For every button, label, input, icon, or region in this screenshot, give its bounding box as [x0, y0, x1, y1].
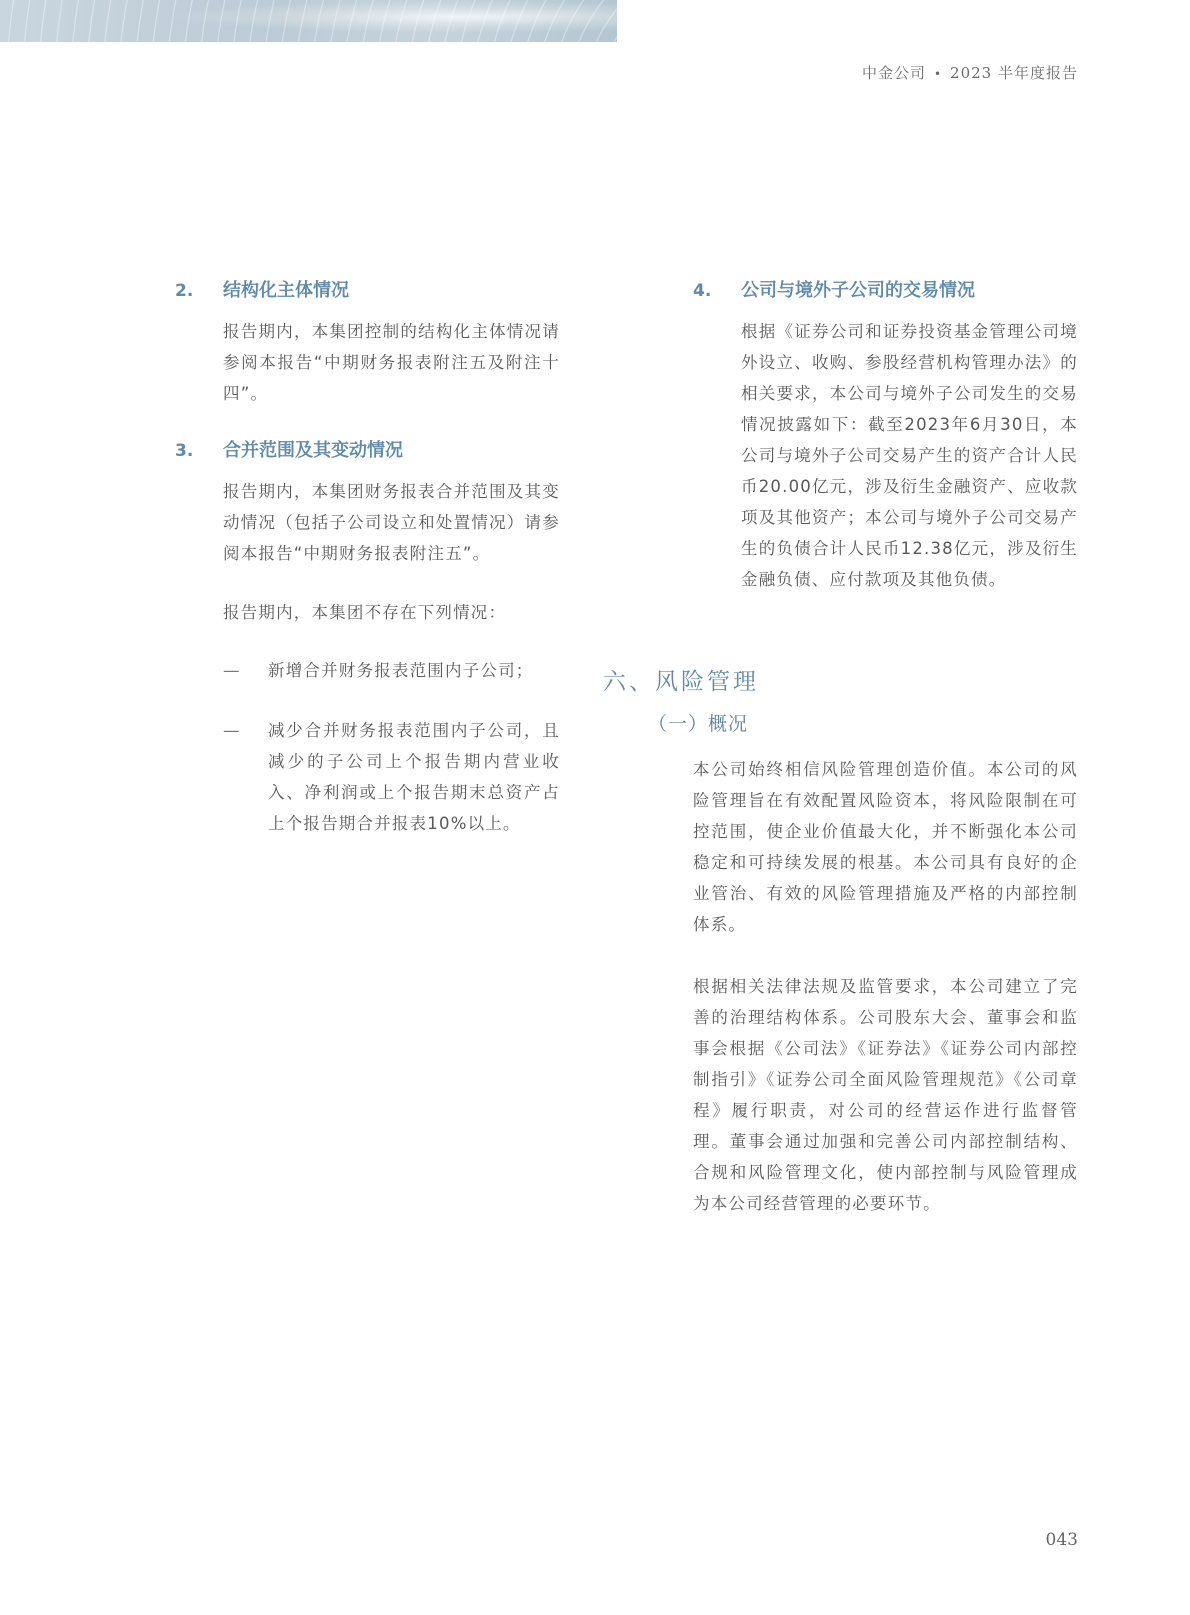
list-item: — 减少合并财务报表范围内子公司，且减少的子公司上个报告期内营业收入、净利润或上… — [175, 715, 560, 839]
dash-bullet-icon: — — [223, 655, 268, 686]
dash-bullet-icon: — — [223, 715, 268, 839]
section-number: 3. — [175, 441, 223, 461]
section-4: 4. 公司与境外子公司的交易情况 根据《证券公司和证券投资基金管理公司境外设立、… — [693, 276, 1078, 595]
section-3-body: 报告期内，本集团财务报表合并范围及其变动情况（包括子公司设立和处置情况）请参阅本… — [175, 476, 560, 569]
page-number: 043 — [1046, 1530, 1078, 1550]
running-header: 中金公司•2023 半年度报告 — [862, 62, 1078, 83]
risk-paragraph-1: 本公司始终相信风险管理创造价值。本公司的风险管理旨在有效配置风险资本，将风险限制… — [693, 754, 1078, 940]
separator-dot: • — [934, 67, 942, 81]
right-column: 4. 公司与境外子公司的交易情况 根据《证券公司和证券投资基金管理公司境外设立、… — [693, 276, 1078, 595]
section-2-heading: 2. 结构化主体情况 — [175, 276, 560, 302]
section-3-heading: 3. 合并范围及其变动情况 — [175, 436, 560, 462]
section-3-intro: 报告期内，本集团不存在下列情况： — [175, 597, 560, 628]
section-4-body: 根据《证券公司和证券投资基金管理公司境外设立、收购、参股经营机构管理办法》的相关… — [693, 316, 1078, 595]
company-name: 中金公司 — [862, 64, 926, 82]
risk-paragraph-2: 根据相关法律法规及监管要求，本公司建立了完善的治理结构体系。公司股东大会、董事会… — [693, 971, 1078, 1219]
section-title: 公司与境外子公司的交易情况 — [741, 276, 975, 302]
risk-management-body: 本公司始终相信风险管理创造价值。本公司的风险管理旨在有效配置风险资本，将风险限制… — [693, 754, 1078, 1219]
overview-subheading: （一）概况 — [648, 709, 748, 736]
left-column: 2. 结构化主体情况 报告期内，本集团控制的结构化主体情况请参阅本报告“中期财务… — [175, 276, 560, 839]
decorative-header-banner — [0, 0, 617, 42]
section-title: 结构化主体情况 — [223, 276, 349, 302]
section-2: 2. 结构化主体情况 报告期内，本集团控制的结构化主体情况请参阅本报告“中期财务… — [175, 276, 560, 409]
section-title: 合并范围及其变动情况 — [223, 436, 403, 462]
list-item: — 新增合并财务报表范围内子公司； — [175, 655, 560, 686]
list-item-text: 新增合并财务报表范围内子公司； — [268, 655, 560, 686]
list-item-text: 减少合并财务报表范围内子公司，且减少的子公司上个报告期内营业收入、净利润或上个报… — [268, 715, 560, 839]
section-2-body: 报告期内，本集团控制的结构化主体情况请参阅本报告“中期财务报表附注五及附注十四”… — [175, 316, 560, 409]
report-title: 2023 半年度报告 — [950, 64, 1078, 82]
risk-management-heading: 六、风险管理 — [603, 663, 759, 696]
section-number: 4. — [693, 281, 741, 301]
section-3: 3. 合并范围及其变动情况 报告期内，本集团财务报表合并范围及其变动情况（包括子… — [175, 436, 560, 839]
section-number: 2. — [175, 281, 223, 301]
section-4-heading: 4. 公司与境外子公司的交易情况 — [693, 276, 1078, 302]
